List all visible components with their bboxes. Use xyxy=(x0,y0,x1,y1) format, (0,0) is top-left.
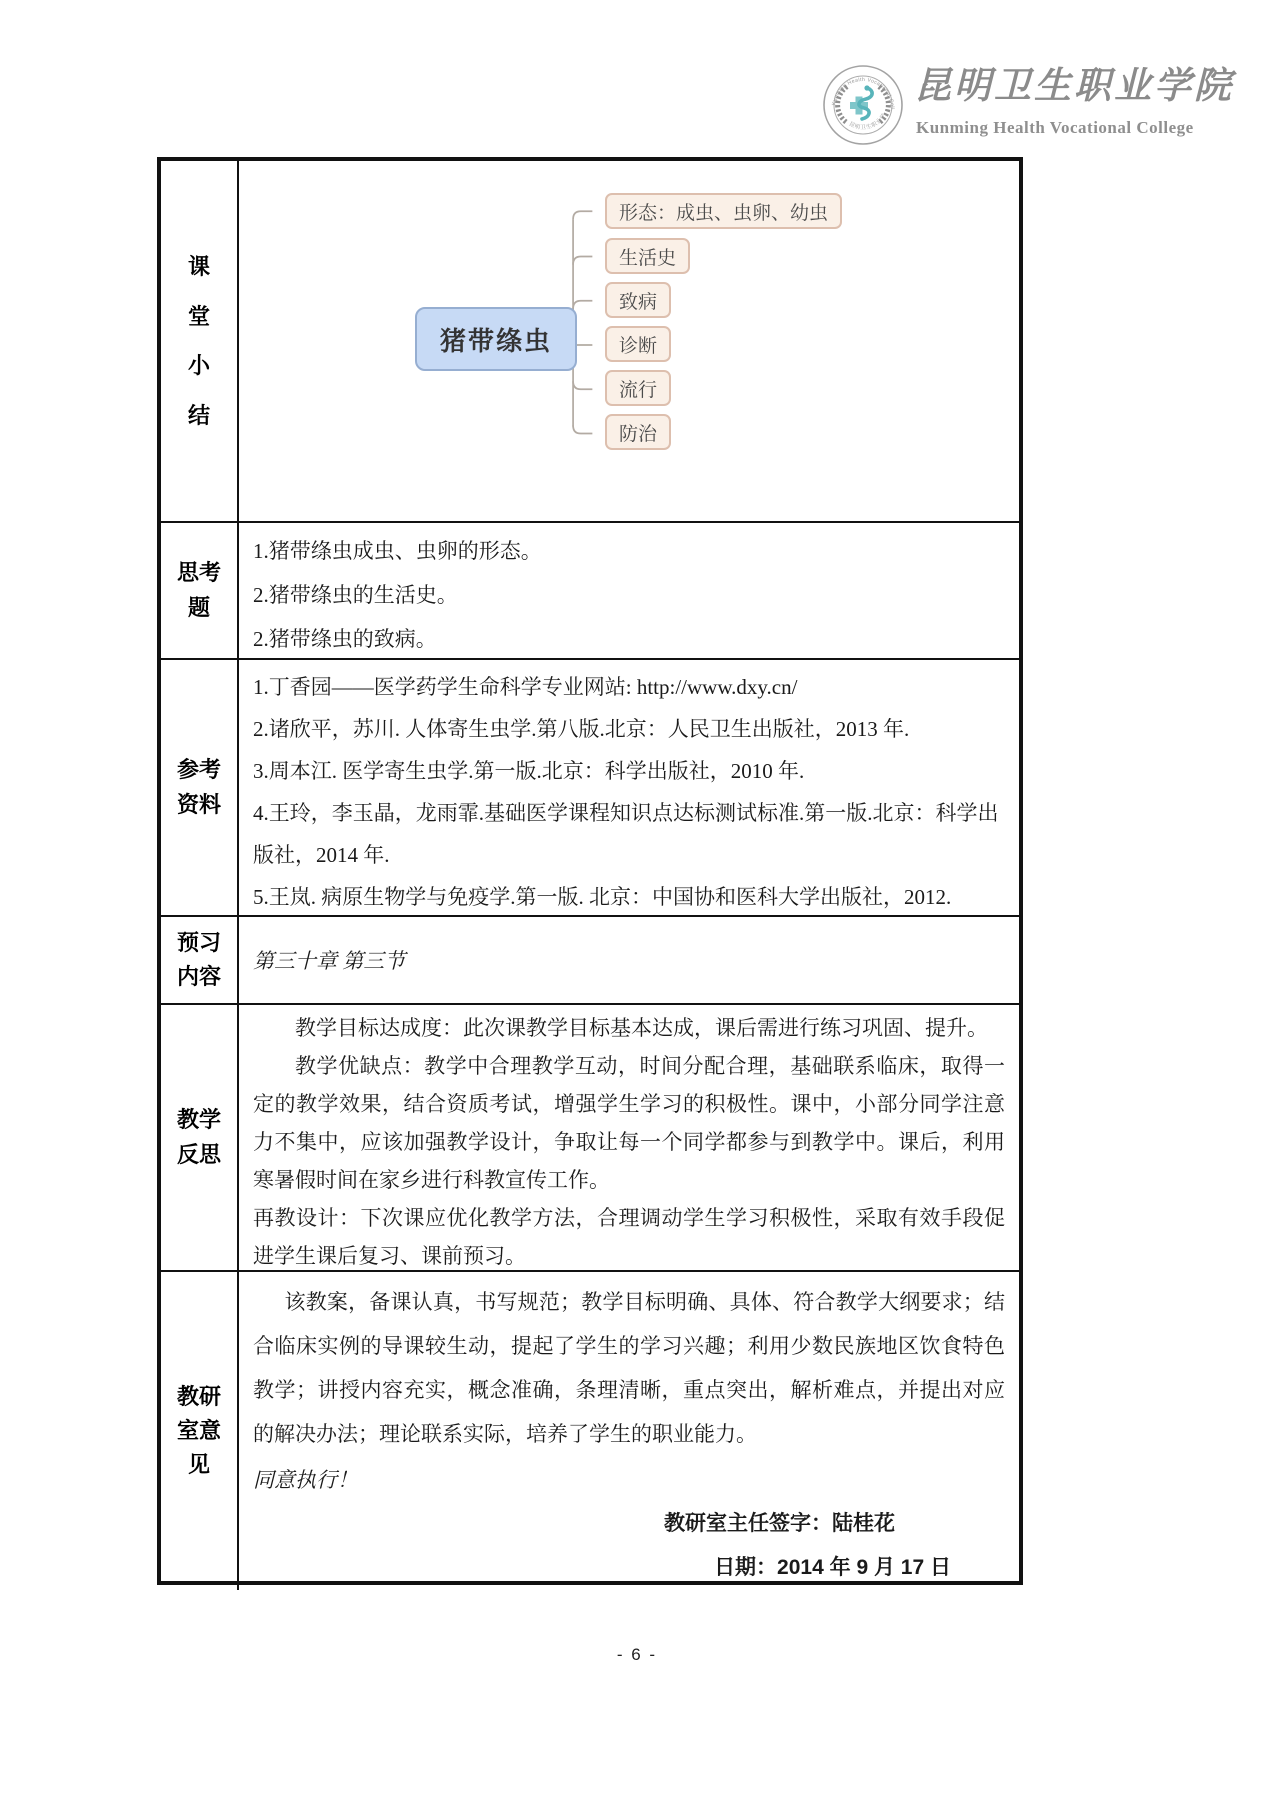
mindmap-node-prevention: 防治 xyxy=(605,414,671,450)
row-label-references: 参考资料 xyxy=(161,660,239,917)
reference-item: 5.王岚. 病原生物学与免疫学.第一版. 北京：中国协和医科大学出版社，2012… xyxy=(253,876,1005,918)
question-item: 2.猪带绦虫的致病。 xyxy=(253,617,1005,661)
mindmap-node-diagnosis: 诊断 xyxy=(605,326,671,362)
reference-item: 1.丁香园——医学药学生命科学专业网站: http://www.dxy.cn/ xyxy=(253,666,1005,708)
reference-item: 4.王玲，李玉晶，龙雨霏.基础医学课程知识点达标测试标准.第一版.北京：科学出版… xyxy=(253,792,1005,876)
lesson-plan-table: 课堂小结 猪带绦虫 形态：成虫、虫卵、幼虫 xyxy=(157,157,1023,1585)
office-approval-text: 同意执行！ xyxy=(253,1458,1005,1502)
reflection-cell: 教学目标达成度：此次课教学目标基本达成，课后需进行练习巩固、提升。 教学优缺点：… xyxy=(239,1005,1019,1272)
class-summary-cell: 猪带绦虫 形态：成虫、虫卵、幼虫 生活史 致病 诊断 流行 防治 xyxy=(239,161,1019,523)
office-comment-text: 该教案，备课认真，书写规范；教学目标明确、具体、符合教学大纲要求；结合临床实例的… xyxy=(253,1280,1005,1456)
reflection-paragraph: 教学优缺点：教学中合理教学互动，时间分配合理，基础联系临床，取得一定的教学效果，… xyxy=(253,1047,1005,1199)
office-opinion-cell: 该教案，备课认真，书写规范；教学目标明确、具体、符合教学大纲要求；结合临床实例的… xyxy=(239,1272,1019,1590)
mindmap-node-epidemiology: 流行 xyxy=(605,370,671,406)
page-number: - 6 - xyxy=(0,1645,1274,1665)
mindmap-node-pathogenesis: 致病 xyxy=(605,282,671,318)
college-logo: Kunming Health Vocational College 昆明卫生职业… xyxy=(822,60,1242,150)
row-label-text: 参考资料 xyxy=(175,753,222,821)
row-label-text: 课堂小结 xyxy=(187,242,211,440)
row-label-office-opinion: 教研室意见 xyxy=(161,1272,239,1590)
references-cell: 1.丁香园——医学药学生命科学专业网站: http://www.dxy.cn/ … xyxy=(239,660,1019,917)
reference-item: 3.周本江. 医学寄生虫学.第一版.北京：科学出版社，2010 年. xyxy=(253,750,1005,792)
signature-date-line: 日期：2014 年 9 月 17 日 xyxy=(253,1546,1005,1590)
row-label-text: 教研室意见 xyxy=(175,1380,222,1482)
director-signature-line: 教研室主任签字：陆桂花 xyxy=(253,1502,1005,1546)
questions-cell: 1.猪带绦虫成虫、虫卵的形态。 2.猪带绦虫的生活史。 2.猪带绦虫的致病。 xyxy=(239,523,1019,660)
college-name-english: Kunming Health Vocational College xyxy=(916,118,1236,138)
reference-item: 2.诸欣平，苏川. 人体寄生虫学.第八版.北京：人民卫生出版社，2013 年. xyxy=(253,708,1005,750)
reflection-paragraph: 再教设计：下次课应优化教学方法，合理调动学生学习积极性，采取有效手段促进学生课后… xyxy=(253,1199,1005,1275)
row-label-preview: 预习内容 xyxy=(161,917,239,1005)
row-label-text: 思考题 xyxy=(175,556,222,624)
svg-text:昆明卫生职业学院: 昆明卫生职业学院 xyxy=(822,64,888,131)
reflection-paragraph: 教学目标达成度：此次课教学目标基本达成，课后需进行练习巩固、提升。 xyxy=(253,1009,1005,1047)
tapeworm-mindmap: 猪带绦虫 形态：成虫、虫卵、幼虫 生活史 致病 诊断 流行 防治 xyxy=(253,161,1005,521)
college-name-chinese: 昆明卫生职业学院 xyxy=(914,68,1234,105)
question-item: 1.猪带绦虫成虫、虫卵的形态。 xyxy=(253,529,1005,573)
row-label-text: 教学反思 xyxy=(175,1103,222,1171)
row-label-text: 预习内容 xyxy=(175,926,222,994)
row-label-questions: 思考题 xyxy=(161,523,239,660)
question-item: 2.猪带绦虫的生活史。 xyxy=(253,573,1005,617)
document-page: Kunming Health Vocational College 昆明卫生职业… xyxy=(0,0,1274,1801)
row-label-class-summary: 课堂小结 xyxy=(161,161,239,523)
mindmap-root-node: 猪带绦虫 xyxy=(415,307,577,371)
mindmap-node-morphology: 形态：成虫、虫卵、幼虫 xyxy=(605,193,842,229)
row-label-reflection: 教学反思 xyxy=(161,1005,239,1272)
college-emblem-icon: Kunming Health Vocational College 昆明卫生职业… xyxy=(822,64,904,146)
mindmap-node-life-history: 生活史 xyxy=(605,238,690,274)
preview-cell: 第三十章 第三节 xyxy=(239,917,1019,1005)
preview-content-text: 第三十章 第三节 xyxy=(253,945,405,975)
